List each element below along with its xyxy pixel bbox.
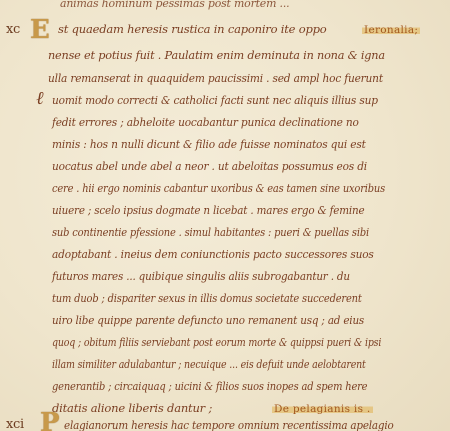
ms-line: minis : hos n nulli dicunt & filio ade f…	[52, 137, 366, 151]
initial-e: E	[30, 17, 50, 43]
ms-line: sub continentie pfessione . simul habita…	[52, 225, 369, 239]
top-line: animas hominum pessimas post mortem ...	[60, 0, 289, 10]
ms-line: uomit modo correcti & catholici facti su…	[52, 93, 378, 107]
ms-line: st quaedam heresis rustica in caponiro i…	[58, 22, 327, 36]
ms-line: uiuere ; scelo ipsius dogmate n licebat …	[52, 203, 364, 217]
paragraph-mark-icon: ℓ	[36, 88, 44, 109]
ms-line: tum duob ; dispariter sexus in illis dom…	[52, 291, 362, 305]
ms-line: uocatus abel unde abel a neor . ut abelo…	[52, 159, 367, 173]
ms-line: generantib ; circaiquaq ; uicini & filio…	[52, 379, 367, 393]
ms-line: elagianorum heresis hac tempore omnium r…	[64, 418, 394, 431]
ms-line: fedit errores ; abheloite uocabantur pun…	[52, 115, 359, 129]
ms-line: quoq ; obitum filiis serviebant post eor…	[52, 335, 381, 349]
initial-p: P	[40, 410, 60, 431]
closing-rubric: De pelagianis is .	[272, 401, 373, 416]
ms-line: nense et potius fuit . Paulatim enim dem…	[48, 48, 385, 62]
ms-line: ditatis alione liberis dantur ;	[52, 401, 212, 415]
ms-line: adoptabant . ineius dem coniunctionis pa…	[52, 247, 374, 261]
ms-line: uiro libe quippe parente defuncto uno re…	[52, 313, 364, 327]
ms-line: illam similiter adulabantur ; necuique .…	[52, 357, 366, 371]
ms-line: futuros mares ... quibique singulis alii…	[52, 269, 350, 283]
chapter-number-xc: xc	[6, 22, 20, 37]
closing-rubric-text: De pelagianis is .	[272, 403, 373, 415]
manuscript-page: animas hominum pessimas post mortem ... …	[0, 0, 450, 431]
ms-line: cere . hii ergo nominis cabantur uxoribu…	[52, 181, 385, 195]
ms-line: ulla remanserat in quaquidem paucissimi …	[48, 71, 383, 85]
heading-rubric: Ieronalia;	[362, 22, 420, 37]
chapter-number-xci: xci	[6, 417, 24, 431]
heading-rubric-text: Ieronalia;	[362, 24, 420, 36]
